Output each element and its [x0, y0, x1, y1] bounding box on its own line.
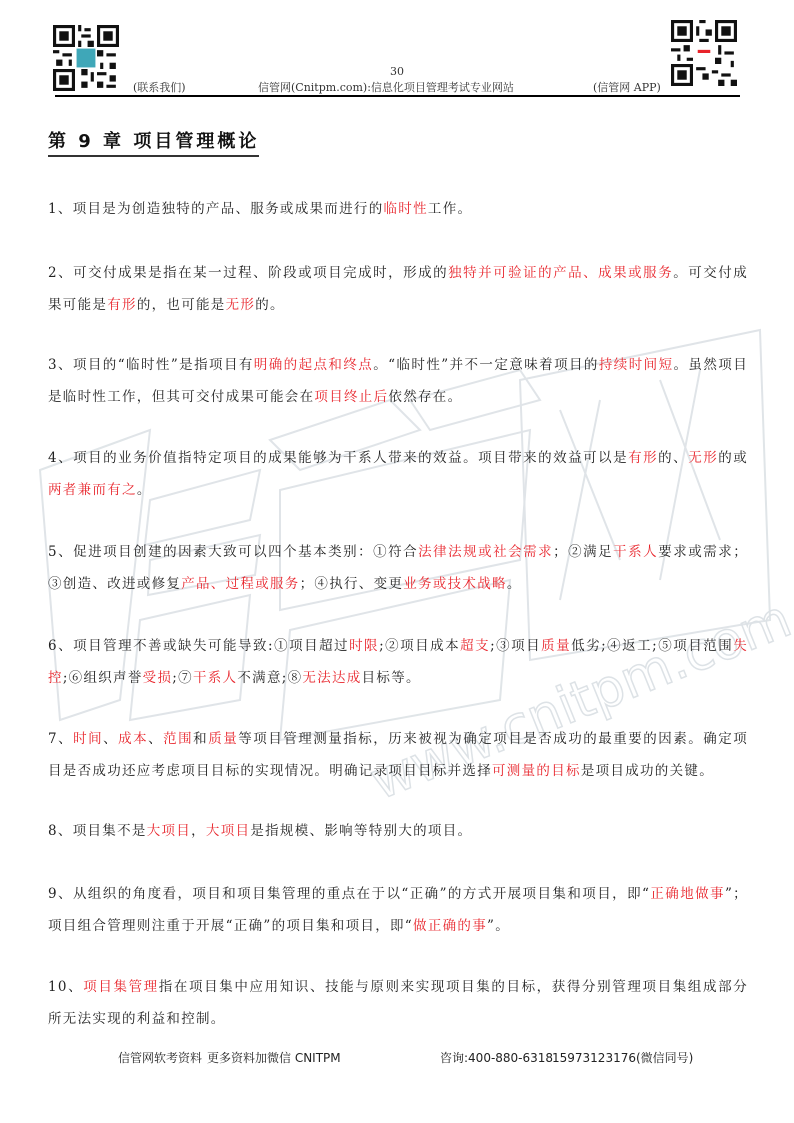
- highlighted-term: 法律法规或社会需求: [418, 544, 553, 560]
- paragraph-text: ;③项目: [490, 638, 541, 654]
- paragraph-text: ，: [191, 823, 206, 839]
- paragraph-text: 不满意;⑧: [237, 670, 302, 686]
- highlighted-term: 有形: [628, 450, 658, 466]
- paragraph-text: 5、促进项目创建的因素大致可以四个基本类别：①符合: [48, 544, 418, 560]
- header-divider: [55, 95, 740, 97]
- highlighted-term: 做正确的事: [413, 918, 487, 934]
- paragraph-text: 的。: [255, 297, 285, 313]
- qr-code-icon: [671, 20, 737, 86]
- paragraph-6: 6、项目管理不善或缺失可能导致:①项目超过时限;②项目成本超支;③项目质量低劣;…: [48, 630, 748, 694]
- qr-code-icon: [53, 25, 119, 91]
- paragraph-3: 3、项目的“临时性”是指项目有明确的起点和终点。“临时性”并不一定意味着项目的持…: [48, 349, 748, 413]
- paragraph-text: 10、: [48, 979, 83, 995]
- paragraph-text: 的、: [658, 450, 688, 466]
- paragraph-text: 、: [148, 731, 163, 747]
- paragraph-2: 2、可交付成果是指在某一过程、阶段或项目完成时，形成的独特并可验证的产品、成果或…: [48, 257, 748, 321]
- paragraph-text: ；④执行、变更: [300, 576, 404, 592]
- chapter-title: 第 9 章 项目管理概论: [48, 130, 259, 157]
- highlighted-term: 超支: [460, 638, 490, 654]
- footer-wechat-number: 15973123176(微信同号): [552, 1049, 693, 1066]
- highlighted-term: 无形: [226, 297, 256, 313]
- paragraph-text: 是指规模、影响等特别大的项目。: [250, 823, 472, 839]
- highlighted-term: 无形: [688, 450, 718, 466]
- paragraph-4: 4、项目的业务价值指特定项目的成果能够为干系人带来的效益。项目带来的效益可以是有…: [48, 442, 748, 506]
- highlighted-term: 临时性: [384, 201, 428, 217]
- highlighted-term: 独特并可验证的产品、成果或服务: [448, 265, 673, 281]
- paragraph-text: 。“临时性”并不一定意味着项目的: [373, 357, 599, 373]
- highlighted-term: 时限: [349, 638, 379, 654]
- paragraph-8: 8、项目集不是大项目，大项目是指规模、影响等特别大的项目。: [48, 815, 748, 847]
- paragraph-text: 的，也可能是: [137, 297, 226, 313]
- qr-code-contact[interactable]: [53, 25, 119, 91]
- paragraph-text: 。: [137, 482, 152, 498]
- paragraph-text: ；②满足: [553, 544, 613, 560]
- paragraph-text: 是项目成功的关键。: [581, 763, 714, 779]
- highlighted-term: 有形: [107, 297, 137, 313]
- paragraph-text: 目标等。: [362, 670, 421, 686]
- highlighted-term: 受损: [143, 670, 173, 686]
- paragraph-text: 低劣;④返工;⑤项目范围: [571, 638, 733, 654]
- highlighted-term: 持续时间短: [599, 357, 674, 373]
- paragraph-7: 7、时间、成本、范围和质量等项目管理测量指标，历来被视为确定项目是否成功的最重要…: [48, 723, 748, 787]
- footer-phone: 咨询:400-880-6318: [440, 1049, 553, 1066]
- footer-brand: 信管网软考资料: [118, 1049, 202, 1066]
- highlighted-term: 项目终止后: [314, 389, 388, 405]
- paragraph-text: 9、从组织的角度看，项目和项目集管理的重点在于以“正确”的方式开展项目集和项目，…: [48, 886, 650, 902]
- paragraph-text: ”。: [487, 918, 510, 934]
- paragraph-text: 和: [193, 731, 208, 747]
- highlighted-term: 成本: [118, 731, 148, 747]
- paragraph-text: 4、项目的业务价值指特定项目的成果能够为干系人带来的效益。项目带来的效益可以是: [48, 450, 628, 466]
- footer-wechat-promo: 更多资料加微信 CNITPM: [207, 1049, 341, 1066]
- paragraph-text: ;②项目成本: [379, 638, 460, 654]
- highlighted-term: 大项目: [147, 823, 191, 839]
- highlighted-term: 质量: [208, 731, 238, 747]
- highlighted-term: 无法达成: [302, 670, 361, 686]
- highlighted-term: 业务或技术战略: [403, 576, 507, 592]
- paragraph-10: 10、项目集管理指在项目集中应用知识、技能与原则来实现项目集的目标，获得分别管理…: [48, 971, 748, 1035]
- highlighted-term: 质量: [541, 638, 571, 654]
- highlighted-term: 干系人: [193, 670, 237, 686]
- highlighted-term: 两者兼而有之: [48, 482, 137, 498]
- page-number: 30: [390, 65, 404, 78]
- paragraph-text: 依然存在。: [388, 389, 462, 405]
- paragraph-text: 工作。: [428, 201, 472, 217]
- highlighted-term: 范围: [163, 731, 193, 747]
- highlighted-term: 大项目: [206, 823, 250, 839]
- paragraph-text: 6、项目管理不善或缺失可能导致:①项目超过: [48, 638, 349, 654]
- paragraph-text: 2、可交付成果是指在某一过程、阶段或项目完成时，形成的: [48, 265, 448, 281]
- highlighted-term: 明确的起点和终点: [254, 357, 373, 373]
- highlighted-term: 可测量的目标: [492, 763, 581, 779]
- paragraph-text: 、: [103, 731, 118, 747]
- app-label: (信管网 APP): [593, 79, 661, 95]
- highlighted-term: 时间: [73, 731, 103, 747]
- site-tagline: 信管网(Cnitpm.com):信息化项目管理考试专业网站: [258, 79, 514, 95]
- paragraph-text: 8、项目集不是: [48, 823, 147, 839]
- paragraph-text: ;⑦: [172, 670, 193, 686]
- highlighted-term: 项目集管理: [83, 979, 159, 995]
- paragraph-text: 的或: [718, 450, 748, 466]
- qr-code-app[interactable]: [671, 20, 737, 86]
- highlighted-term: 干系人: [613, 544, 658, 560]
- paragraph-text: 3、项目的“临时性”是指项目有: [48, 357, 254, 373]
- paragraph-text: 。: [507, 576, 522, 592]
- paragraph-9: 9、从组织的角度看，项目和项目集管理的重点在于以“正确”的方式开展项目集和项目，…: [48, 878, 748, 942]
- paragraph-text: 7、: [48, 731, 73, 747]
- highlighted-term: 产品、过程或服务: [181, 576, 299, 592]
- paragraph-5: 5、促进项目创建的因素大致可以四个基本类别：①符合法律法规或社会需求；②满足干系…: [48, 536, 748, 600]
- paragraph-text: 1、项目是为创造独特的产品、服务或成果而进行的: [48, 201, 384, 217]
- highlighted-term: 正确地做事: [650, 886, 725, 902]
- paragraph-text: ;⑥组织声誉: [63, 670, 143, 686]
- contact-us-label: (联系我们): [133, 79, 186, 95]
- paragraph-1: 1、项目是为创造独特的产品、服务或成果而进行的临时性工作。: [48, 193, 748, 225]
